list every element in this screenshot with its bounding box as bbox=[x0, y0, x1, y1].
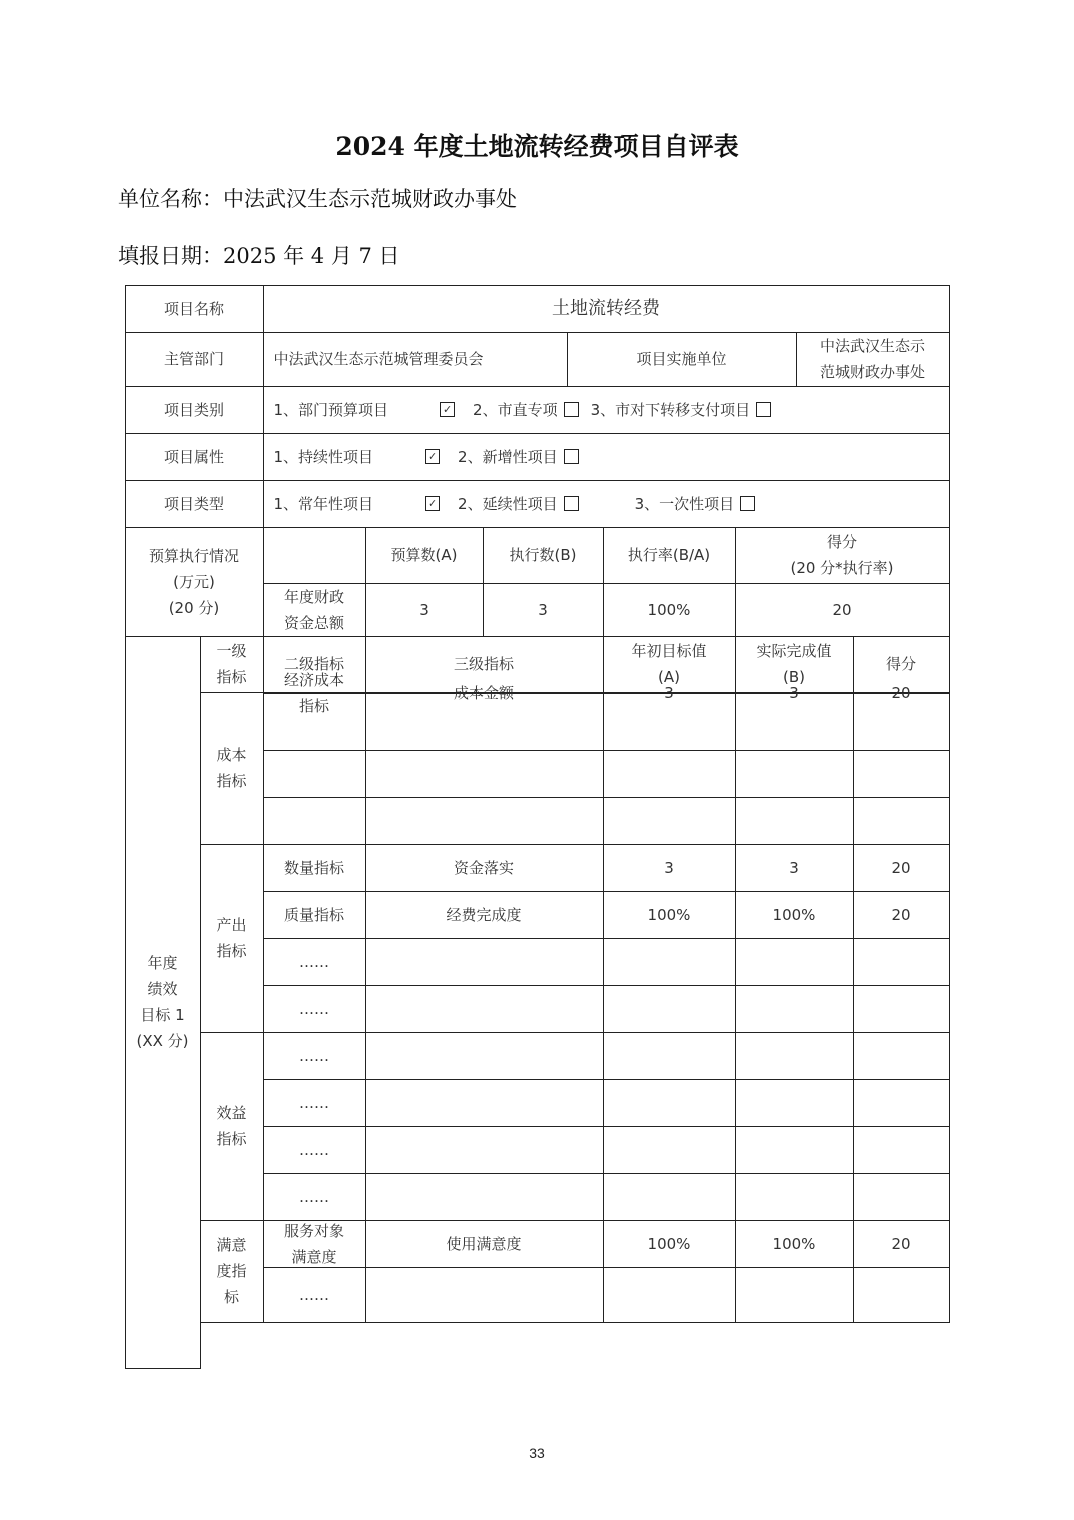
indicator-cell bbox=[735, 1267, 854, 1323]
checked-checkbox-icon[interactable]: ✓ bbox=[425, 449, 440, 464]
option-item: 1、常年性项目✓ bbox=[274, 491, 447, 517]
option-item: 1、部门预算项目✓ bbox=[274, 397, 462, 423]
budget-row-label: 年度财政 资金总额 bbox=[263, 583, 366, 637]
budget-value: 20 bbox=[735, 583, 950, 637]
indicator-cell bbox=[263, 692, 366, 751]
dept-value: 中法武汉生态示范城管理委员会 bbox=[263, 332, 568, 387]
dept-label: 主管部门 bbox=[125, 332, 264, 387]
indicator-cell bbox=[603, 985, 736, 1033]
type-options: 1、常年性项目✓2、延续性项目3、一次性项目 bbox=[263, 480, 950, 528]
report-date: 填报日期：2025 年 4 月 7 日 bbox=[118, 240, 400, 270]
indicator-cell bbox=[603, 750, 736, 798]
budget-label: 预算执行情况 (万元) (20 分) bbox=[125, 527, 264, 637]
option-item: 1、持续性项目✓ bbox=[274, 444, 447, 470]
indicator-cell bbox=[735, 1032, 854, 1080]
indicator-cell bbox=[365, 1173, 604, 1221]
indicator-cell bbox=[603, 1173, 736, 1221]
indicator-cell bbox=[263, 797, 366, 845]
indicator-cell bbox=[735, 1173, 854, 1221]
indicator-cell: 3 bbox=[735, 844, 854, 892]
option-item: 3、市对下转移支付项目 bbox=[591, 397, 778, 423]
checkbox-icon[interactable] bbox=[740, 496, 755, 511]
unit-name: 单位名称：中法武汉生态示范城财政办事处 bbox=[118, 183, 517, 213]
option-label: 3、市对下转移支付项目 bbox=[591, 397, 751, 423]
indicator-cell bbox=[365, 1079, 604, 1127]
page-number: 33 bbox=[0, 1445, 1074, 1461]
indicator-cell: 服务对象 满意度 bbox=[263, 1220, 366, 1268]
indicator-cell bbox=[735, 750, 854, 798]
indicator-cell: 100% bbox=[735, 1220, 854, 1268]
indicator-cell bbox=[735, 1126, 854, 1174]
indicator-cell bbox=[365, 797, 604, 845]
impl-label: 项目实施单位 bbox=[567, 332, 797, 387]
indicator-cell bbox=[735, 692, 854, 751]
option-item: 2、市直专项 bbox=[473, 397, 585, 423]
indicator-cell bbox=[735, 797, 854, 845]
document-title: 2024 年度土地流转经费项目自评表 bbox=[0, 127, 1074, 163]
indicator-cell bbox=[735, 985, 854, 1033]
indicator-group-label: 效益 指标 bbox=[200, 1032, 264, 1221]
indicator-group-label: 产出 指标 bbox=[200, 844, 264, 1033]
indicator-cell bbox=[603, 1126, 736, 1174]
budget-blank-header bbox=[263, 527, 366, 584]
indicator-cell: …… bbox=[263, 938, 366, 986]
indicator-cell bbox=[365, 938, 604, 986]
budget-header: 执行率(B/A) bbox=[603, 527, 736, 584]
indicator-cell bbox=[853, 692, 950, 751]
indicator-cell bbox=[735, 1079, 854, 1127]
option-label: 1、部门预算项目 bbox=[274, 397, 389, 423]
indicator-cell: 3 bbox=[603, 844, 736, 892]
option-label: 1、常年性项目 bbox=[274, 491, 374, 517]
option-label: 3、一次性项目 bbox=[635, 491, 735, 517]
indicator-cell bbox=[603, 1267, 736, 1323]
checked-checkbox-icon[interactable]: ✓ bbox=[425, 496, 440, 511]
budget-header: 执行数(B) bbox=[483, 527, 604, 584]
checkbox-icon[interactable] bbox=[564, 449, 579, 464]
indicator-cell: 数量指标 bbox=[263, 844, 366, 892]
category-options: 1、部门预算项目✓2、市直专项3、市对下转移支付项目 bbox=[263, 386, 950, 434]
checkbox-icon[interactable] bbox=[564, 496, 579, 511]
budget-header: 得分 (20 分*执行率) bbox=[735, 527, 950, 584]
indicator-cell: …… bbox=[263, 1032, 366, 1080]
indicator-cell bbox=[853, 750, 950, 798]
checked-checkbox-icon[interactable]: ✓ bbox=[440, 402, 455, 417]
indicator-cell bbox=[853, 1267, 950, 1323]
project-name-value: 土地流转经费 bbox=[263, 285, 950, 333]
option-item: 2、延续性项目 bbox=[458, 491, 585, 517]
indicator-cell: …… bbox=[263, 1267, 366, 1323]
indicator-cell: …… bbox=[263, 985, 366, 1033]
indicator-cell: 使用满意度 bbox=[365, 1220, 604, 1268]
indicator-cell bbox=[853, 1126, 950, 1174]
option-label: 1、持续性项目 bbox=[274, 444, 374, 470]
category-label: 项目类别 bbox=[125, 386, 264, 434]
option-label: 2、市直专项 bbox=[473, 397, 558, 423]
indicator-cell: 100% bbox=[603, 1220, 736, 1268]
budget-header: 预算数(A) bbox=[365, 527, 484, 584]
indicator-cell: 100% bbox=[735, 891, 854, 939]
indicator-cell: 20 bbox=[853, 891, 950, 939]
indicator-cell: 20 bbox=[853, 1220, 950, 1268]
indicator-cell: 质量指标 bbox=[263, 891, 366, 939]
option-item: 2、新增性项目 bbox=[458, 444, 585, 470]
indicator-cell bbox=[853, 938, 950, 986]
budget-value: 3 bbox=[483, 583, 604, 637]
indicator-cell: 100% bbox=[603, 891, 736, 939]
attr-label: 项目属性 bbox=[125, 433, 264, 481]
indicator-cell bbox=[603, 692, 736, 751]
indicator-cell bbox=[365, 985, 604, 1033]
project-name-label: 项目名称 bbox=[125, 285, 264, 333]
indicator-cell bbox=[603, 1079, 736, 1127]
indicator-cell: 经费完成度 bbox=[365, 891, 604, 939]
indicator-group-label: 满意 度指 标 bbox=[200, 1220, 264, 1323]
option-label: 2、延续性项目 bbox=[458, 491, 558, 517]
type-label: 项目类型 bbox=[125, 480, 264, 528]
indicator-cell bbox=[263, 750, 366, 798]
indicator-cell bbox=[853, 1079, 950, 1127]
indicator-cell bbox=[603, 797, 736, 845]
budget-value: 100% bbox=[603, 583, 736, 637]
indicator-cell: 20 bbox=[853, 844, 950, 892]
indicator-cell bbox=[365, 750, 604, 798]
indicator-cell bbox=[853, 797, 950, 845]
indicator-group-label: 成本 指标 bbox=[200, 692, 264, 845]
option-item: 3、一次性项目 bbox=[635, 491, 762, 517]
perf-header-level1: 一级 指标 bbox=[200, 636, 264, 693]
indicator-cell bbox=[853, 985, 950, 1033]
impl-value: 中法武汉生态示 范城财政办事处 bbox=[796, 332, 950, 387]
indicator-cell: …… bbox=[263, 1126, 366, 1174]
indicator-cell bbox=[603, 1032, 736, 1080]
option-label: 2、新增性项目 bbox=[458, 444, 558, 470]
goal-label: 年度 绩效 目标 1 (XX 分) bbox=[125, 636, 201, 1369]
indicator-cell bbox=[365, 692, 604, 751]
attr-options: 1、持续性项目✓2、新增性项目 bbox=[263, 433, 950, 481]
indicator-cell bbox=[603, 938, 736, 986]
indicator-cell bbox=[365, 1032, 604, 1080]
indicator-cell: …… bbox=[263, 1173, 366, 1221]
checkbox-icon[interactable] bbox=[756, 402, 771, 417]
indicator-cell: 资金落实 bbox=[365, 844, 604, 892]
indicator-cell bbox=[365, 1126, 604, 1174]
indicator-cell bbox=[735, 938, 854, 986]
checkbox-icon[interactable] bbox=[564, 402, 579, 417]
indicator-cell bbox=[365, 1267, 604, 1323]
budget-value: 3 bbox=[365, 583, 484, 637]
indicator-cell bbox=[853, 1032, 950, 1080]
indicator-cell bbox=[853, 1173, 950, 1221]
indicator-cell: …… bbox=[263, 1079, 366, 1127]
